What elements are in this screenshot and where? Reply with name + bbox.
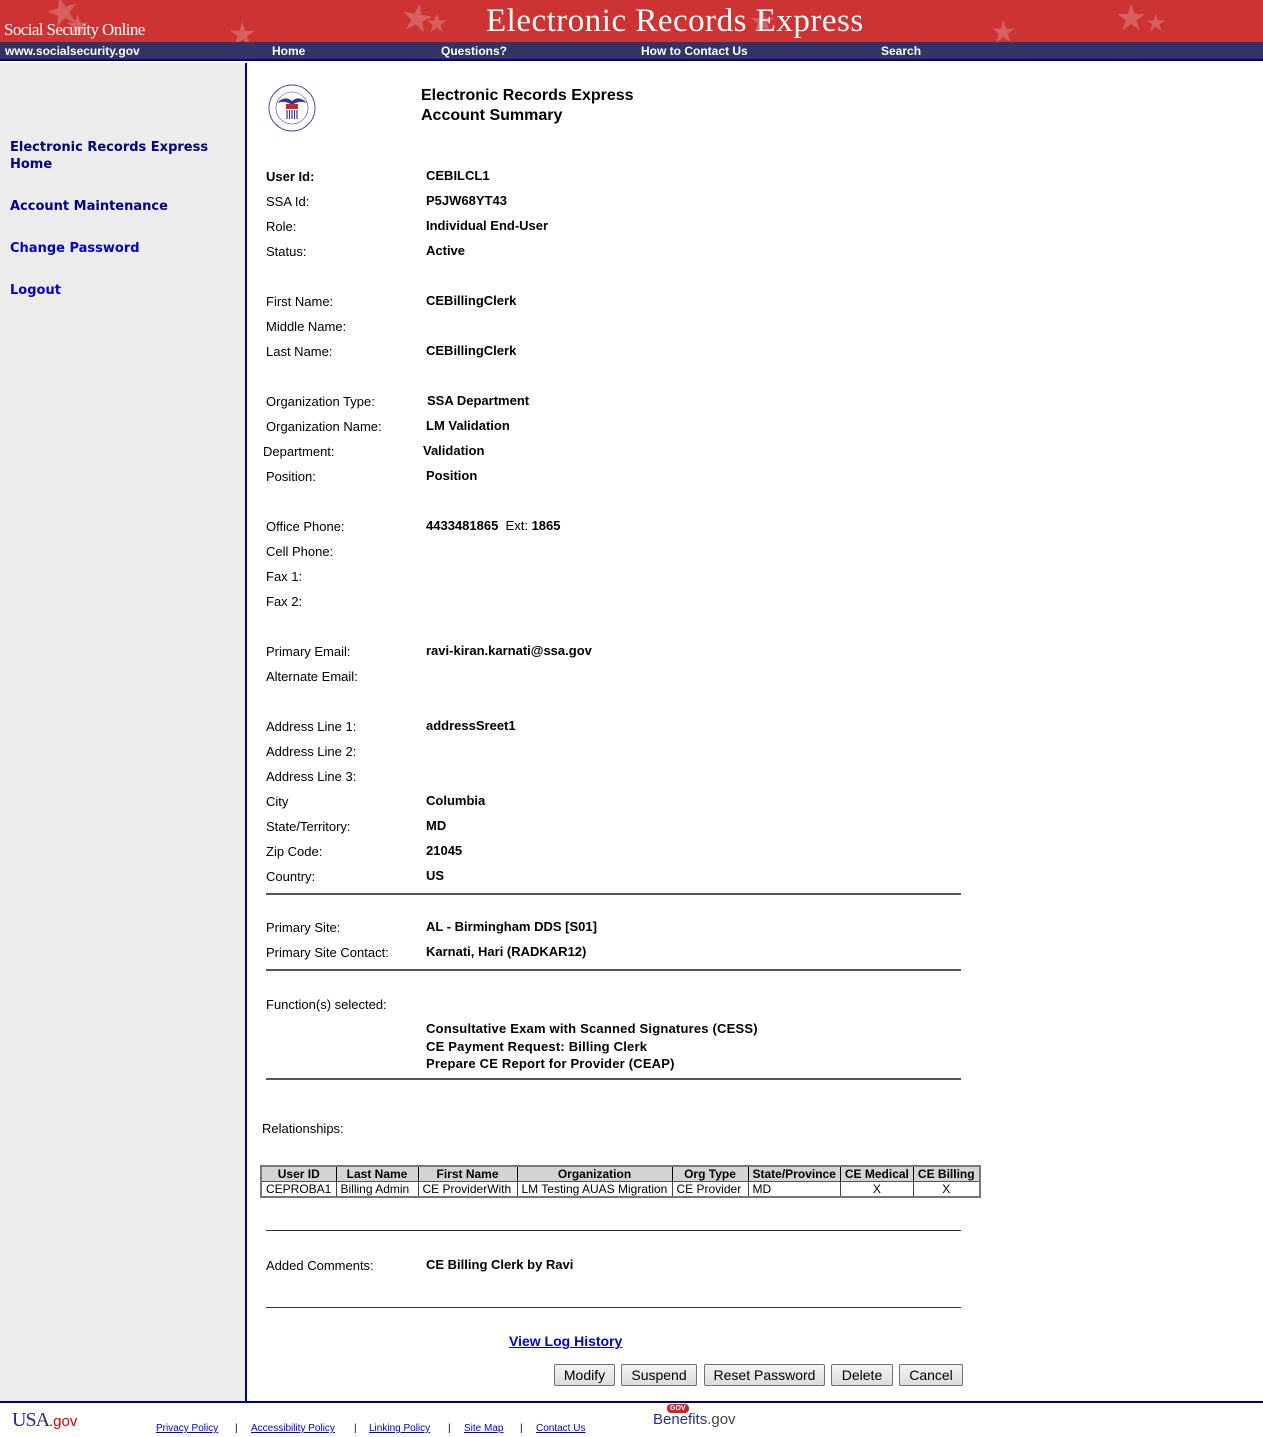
accessibility-policy-link[interactable]: Accessibility Policy bbox=[251, 1423, 335, 1434]
comments-value: CE Billing Clerk by Ravi bbox=[426, 1257, 573, 1272]
function-item: Consultative Exam with Scanned Signature… bbox=[426, 1020, 758, 1038]
relationships-table: User ID Last Name First Name Organizatio… bbox=[260, 1165, 981, 1198]
usa-gov-logo-main: USA bbox=[12, 1409, 49, 1431]
office-phone-number: 4433481865 bbox=[426, 518, 498, 533]
zip-value: 21045 bbox=[426, 843, 462, 858]
functions-label: Function(s) selected: bbox=[266, 997, 387, 1012]
separator: | bbox=[520, 1423, 523, 1434]
benefits-gov-logo[interactable]: GOV Benefits.gov bbox=[653, 1411, 736, 1428]
delete-button[interactable]: Delete bbox=[831, 1364, 893, 1386]
cell-org-type: CE Provider bbox=[672, 1182, 748, 1198]
user-id-label: User Id: bbox=[266, 169, 314, 184]
suspend-button[interactable]: Suspend bbox=[621, 1364, 697, 1386]
divider bbox=[266, 893, 961, 895]
status-label: Status: bbox=[266, 244, 306, 259]
function-item: Prepare CE Report for Provider (CEAP) bbox=[426, 1055, 758, 1073]
org-type-label: Organization Type: bbox=[266, 394, 375, 409]
comments-label: Added Comments: bbox=[266, 1258, 374, 1273]
cell-ce-medical: X bbox=[840, 1182, 913, 1198]
view-log-history-link[interactable]: View Log History bbox=[509, 1333, 622, 1349]
position-value: Position bbox=[426, 468, 477, 483]
column-header-user-id: User ID bbox=[261, 1166, 336, 1182]
city-value: Columbia bbox=[426, 793, 485, 808]
nav-link-home[interactable]: Home bbox=[272, 44, 305, 58]
nav-link-socialsecurity-gov[interactable]: www.socialsecurity.gov bbox=[5, 44, 140, 58]
state-value: MD bbox=[426, 818, 446, 833]
divider bbox=[266, 1078, 961, 1080]
org-type-value: SSA Department bbox=[427, 393, 529, 408]
page-title-line2: Account Summary bbox=[421, 106, 634, 126]
modify-button[interactable]: Modify bbox=[554, 1364, 615, 1386]
position-label: Position: bbox=[266, 469, 316, 484]
cell-state: MD bbox=[748, 1182, 840, 1198]
primary-site-label: Primary Site: bbox=[266, 920, 340, 935]
country-label: Country: bbox=[266, 869, 315, 884]
column-header-ce-medical: CE Medical bbox=[840, 1166, 913, 1182]
star-decoration-icon: ★ bbox=[425, 10, 448, 36]
top-nav: www.socialsecurity.gov Home Questions? H… bbox=[0, 42, 1263, 61]
first-name-label: First Name: bbox=[266, 294, 333, 309]
cell-user-id: CEPROBA1 bbox=[261, 1182, 336, 1198]
ssa-id-label: SSA Id: bbox=[266, 194, 309, 209]
last-name-value: CEBillingClerk bbox=[426, 343, 516, 358]
first-name-value: CEBillingClerk bbox=[426, 293, 516, 308]
table-header-row: User ID Last Name First Name Organizatio… bbox=[261, 1166, 980, 1182]
main-content: Electronic Records Express Account Summa… bbox=[249, 63, 1263, 1401]
contact-us-link[interactable]: Contact Us bbox=[536, 1423, 585, 1434]
department-value: Validation bbox=[423, 443, 484, 458]
separator: | bbox=[235, 1423, 238, 1434]
reset-password-button[interactable]: Reset Password bbox=[704, 1364, 825, 1386]
primary-site-contact-value: Karnati, Hari (RADKAR12) bbox=[426, 944, 586, 959]
cancel-button[interactable]: Cancel bbox=[899, 1364, 963, 1386]
divider bbox=[266, 1230, 961, 1231]
extension-value: 1865 bbox=[532, 518, 561, 533]
page-title-line1: Electronic Records Express bbox=[421, 86, 634, 106]
user-id-value: CEBILCL1 bbox=[426, 168, 490, 183]
star-decoration-icon: ★ bbox=[1145, 12, 1167, 36]
alternate-email-label: Alternate Email: bbox=[266, 669, 358, 684]
footer: USA.gov Privacy Policy | Accessibility P… bbox=[0, 1401, 1263, 1437]
department-label: Department: bbox=[263, 444, 335, 459]
last-name-label: Last Name: bbox=[266, 344, 332, 359]
relationships-label: Relationships: bbox=[262, 1121, 344, 1136]
separator: | bbox=[448, 1423, 451, 1434]
cell-last-name: Billing Admin bbox=[336, 1182, 418, 1198]
page-title: Electronic Records Express Account Summa… bbox=[421, 86, 634, 126]
primary-email-label: Primary Email: bbox=[266, 644, 351, 659]
site-map-link[interactable]: Site Map bbox=[464, 1423, 503, 1434]
benefits-gov-badge: GOV bbox=[667, 1404, 689, 1413]
separator: | bbox=[354, 1423, 357, 1434]
org-name-label: Organization Name: bbox=[266, 419, 382, 434]
usa-gov-logo[interactable]: USA.gov bbox=[12, 1409, 77, 1432]
middle-name-label: Middle Name: bbox=[266, 319, 346, 334]
functions-list: Consultative Exam with Scanned Signature… bbox=[426, 1020, 758, 1073]
state-label: State/Territory: bbox=[266, 819, 351, 834]
nav-link-search[interactable]: Search bbox=[881, 44, 921, 58]
cell-ce-billing: X bbox=[913, 1182, 979, 1198]
column-header-ce-billing: CE Billing bbox=[913, 1166, 979, 1182]
function-item: CE Payment Request: Billing Clerk bbox=[426, 1038, 758, 1056]
usa-gov-logo-suffix: .gov bbox=[49, 1413, 77, 1430]
column-header-last-name: Last Name bbox=[336, 1166, 418, 1182]
divider bbox=[266, 1307, 961, 1308]
office-phone-label: Office Phone: bbox=[266, 519, 345, 534]
address1-label: Address Line 1: bbox=[266, 719, 356, 734]
cell-organization: LM Testing AUAS Migration bbox=[517, 1182, 672, 1198]
app-title: Electronic Records Express bbox=[486, 3, 864, 40]
linking-policy-link[interactable]: Linking Policy bbox=[369, 1423, 430, 1434]
ssa-id-value: P5JW68YT43 bbox=[426, 193, 507, 208]
primary-site-value: AL - Birmingham DDS [S01] bbox=[426, 919, 597, 934]
nav-link-questions[interactable]: Questions? bbox=[441, 44, 507, 58]
sidebar-item-ere-home[interactable]: Electronic Records Express Home bbox=[10, 139, 220, 173]
fax1-label: Fax 1: bbox=[266, 569, 302, 584]
city-label: City bbox=[266, 794, 288, 809]
cell-first-name: CE ProviderWith bbox=[418, 1182, 517, 1198]
column-header-first-name: First Name bbox=[418, 1166, 517, 1182]
star-decoration-icon: ★ bbox=[990, 18, 1017, 42]
sidebar-item-account-maintenance[interactable]: Account Maintenance bbox=[10, 198, 168, 215]
star-decoration-icon: ★ bbox=[228, 18, 257, 42]
column-header-org-type: Org Type bbox=[672, 1166, 748, 1182]
country-value: US bbox=[426, 868, 444, 883]
nav-link-contact[interactable]: How to Contact Us bbox=[641, 44, 748, 58]
divider bbox=[266, 969, 961, 971]
address3-label: Address Line 3: bbox=[266, 769, 356, 784]
status-value: Active bbox=[426, 243, 465, 258]
address1-value: addressSreet1 bbox=[426, 718, 516, 733]
column-header-organization: Organization bbox=[517, 1166, 672, 1182]
primary-email-value: ravi-kiran.karnati@ssa.gov bbox=[426, 643, 592, 658]
site-name: Social Security Online bbox=[4, 20, 145, 40]
sidebar-item-change-password[interactable]: Change Password bbox=[10, 240, 140, 257]
primary-site-contact-label: Primary Site Contact: bbox=[266, 945, 389, 960]
role-value: Individual End-User bbox=[426, 218, 548, 233]
ssa-seal-icon bbox=[267, 83, 317, 133]
extension-label: Ext: bbox=[506, 518, 528, 533]
header-banner: ★ ★ ★ ★ ★ ★ ★ ★ ★ Social Security Online… bbox=[0, 0, 1263, 42]
sidebar-item-logout[interactable]: Logout bbox=[10, 282, 61, 299]
org-name-value: LM Validation bbox=[426, 418, 510, 433]
benefits-gov-main: Benefits bbox=[653, 1411, 707, 1428]
sidebar: Electronic Records Express Home Account … bbox=[0, 63, 247, 1401]
role-label: Role: bbox=[266, 219, 296, 234]
column-header-state: State/Province bbox=[748, 1166, 840, 1182]
benefits-gov-suffix: .gov bbox=[707, 1411, 735, 1428]
fax2-label: Fax 2: bbox=[266, 594, 302, 609]
address2-label: Address Line 2: bbox=[266, 744, 356, 759]
table-row: CEPROBA1 Billing Admin CE ProviderWith L… bbox=[261, 1182, 980, 1198]
privacy-policy-link[interactable]: Privacy Policy bbox=[156, 1423, 218, 1434]
cell-phone-label: Cell Phone: bbox=[266, 544, 333, 559]
star-decoration-icon: ★ bbox=[1115, 0, 1147, 36]
office-phone-value: 4433481865 Ext: 1865 bbox=[426, 518, 561, 533]
zip-label: Zip Code: bbox=[266, 844, 322, 859]
